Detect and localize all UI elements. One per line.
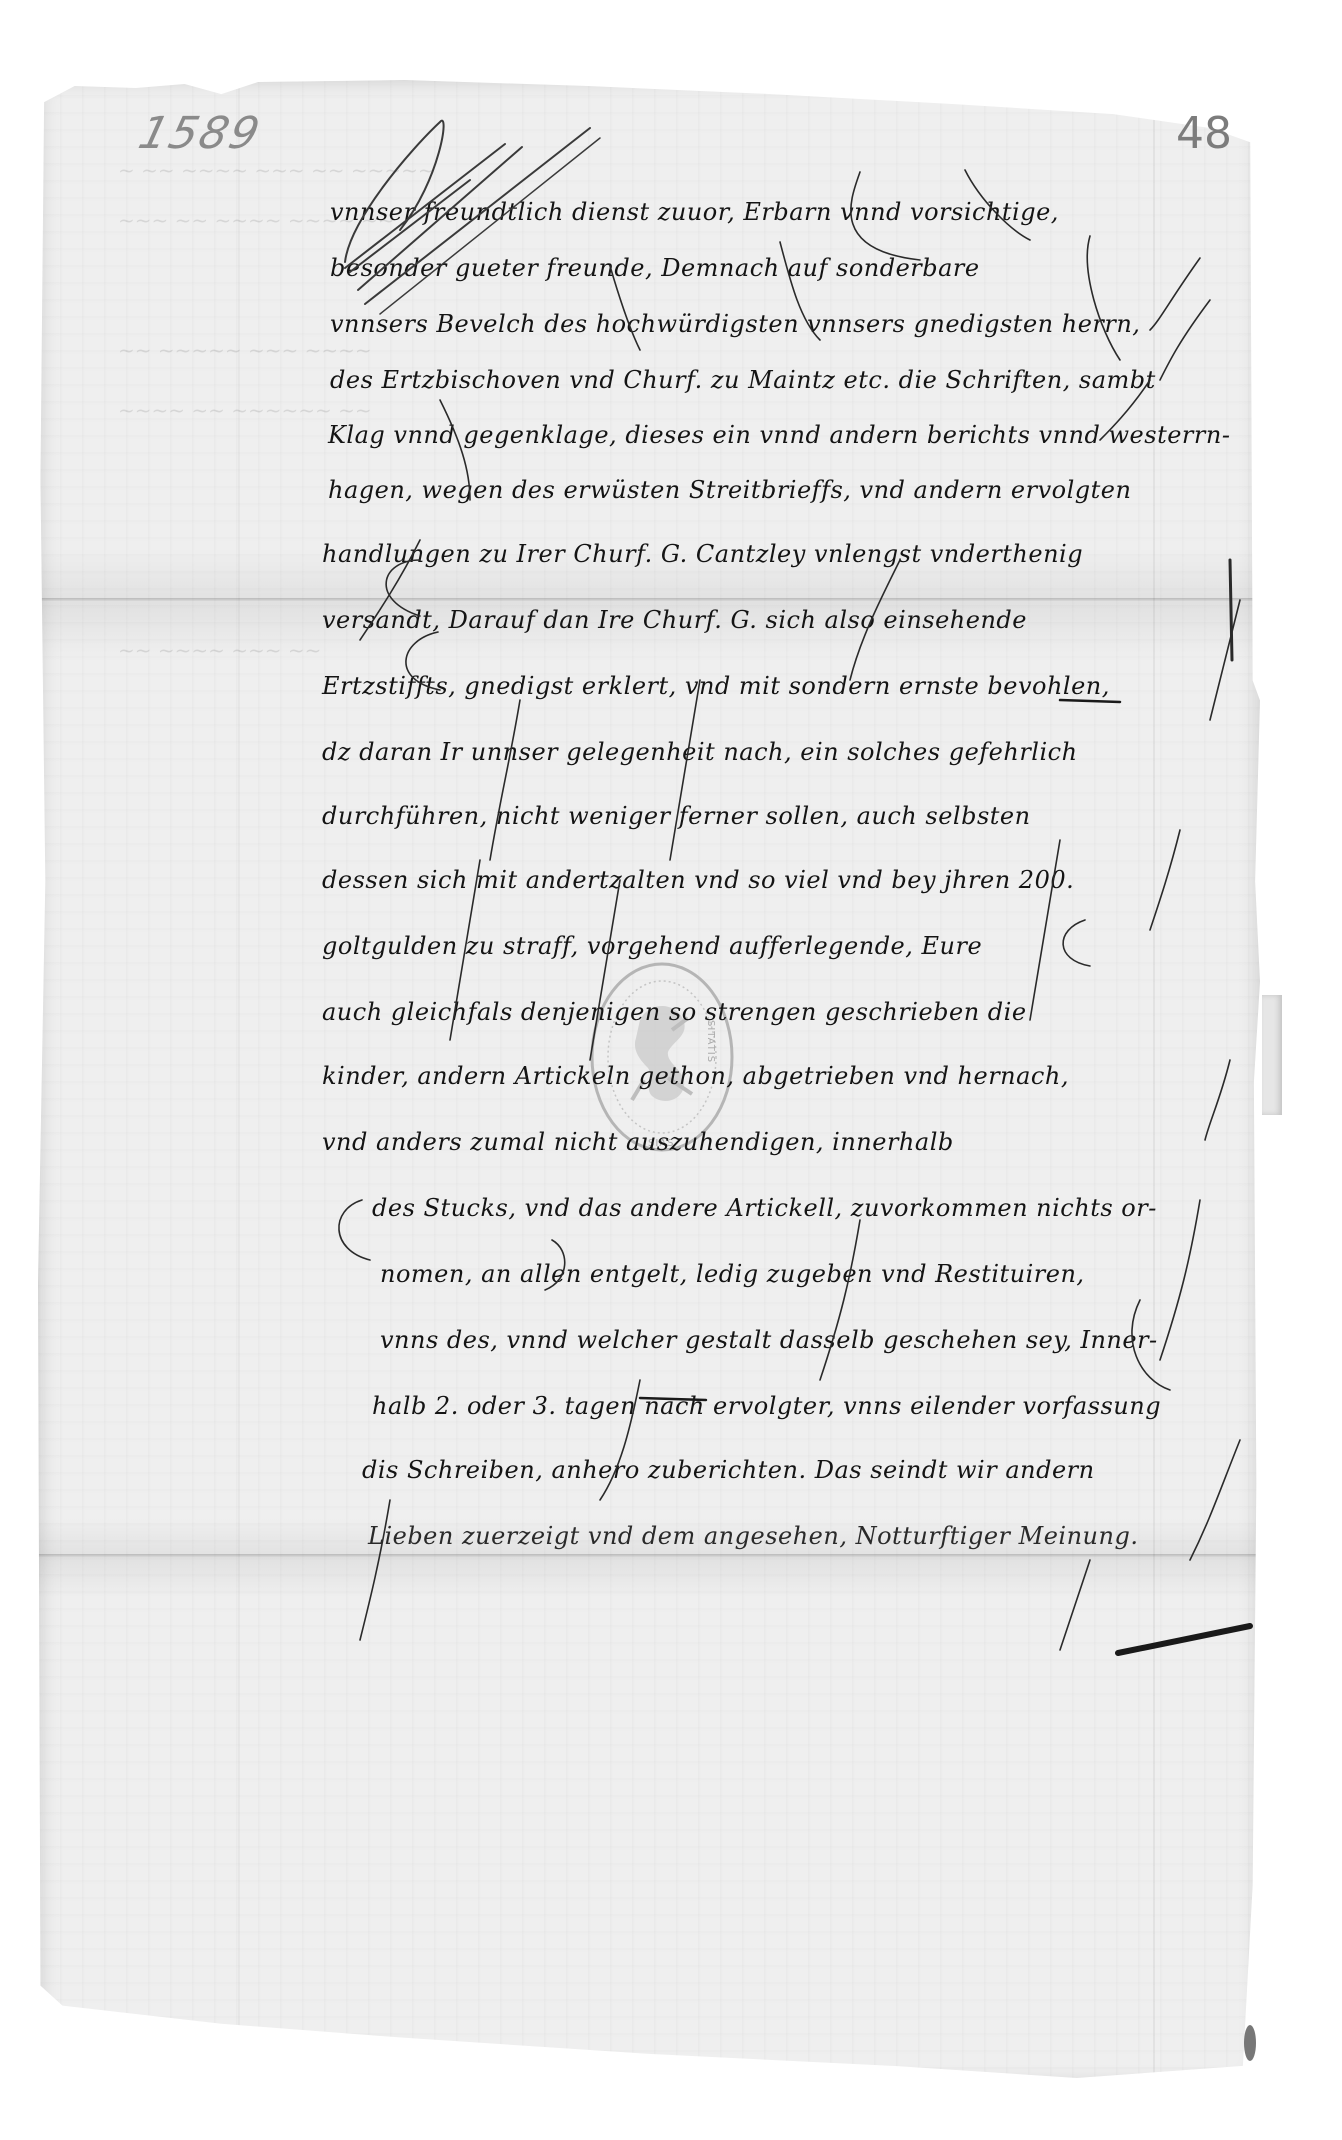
archive-stamp: SIAS SITATIS bbox=[588, 960, 736, 1155]
manuscript-line: dz daran Ir unnser gelegenheit nach, ein… bbox=[322, 738, 1078, 766]
manuscript-line: dis Schreiben, anhero zuberichten. Das s… bbox=[362, 1456, 1095, 1484]
manuscript-line: vnnser freundtlich dienst zuuor, Erbarn … bbox=[330, 198, 1059, 226]
manuscript-line: nomen, an allen entgelt, ledig zugeben v… bbox=[380, 1260, 1085, 1288]
manuscript-line: versandt, Darauf dan Ire Churf. G. sich … bbox=[322, 606, 1027, 634]
manuscript-line: auch gleichfals denjenigen so strengen g… bbox=[322, 998, 1027, 1026]
manuscript-line: vnns des, vnnd welcher gestalt dasselb g… bbox=[380, 1326, 1158, 1354]
year-annotation: 1589 bbox=[134, 108, 267, 159]
manuscript-line: dessen sich mit andertzalten vnd so viel… bbox=[322, 866, 1074, 894]
bleed-through-text: ~~ ~~~~ ~~~ ~~ bbox=[118, 638, 321, 662]
folio-number: 48 bbox=[1176, 108, 1232, 159]
manuscript-line: hagen, wegen des erwüsten Streitbrieffs,… bbox=[328, 476, 1131, 504]
stamp-text: SITATIS bbox=[705, 1020, 716, 1063]
manuscript-line: Klag vnnd gegenklage, dieses ein vnnd an… bbox=[328, 421, 1230, 449]
manuscript-line: vnd anders zumal nicht auszuhendigen, in… bbox=[322, 1128, 954, 1156]
manuscript-line: halb 2. oder 3. tagen nach ervolgter, vn… bbox=[372, 1392, 1161, 1420]
vertical-crease bbox=[238, 78, 240, 2086]
manuscript-line: vnnsers Bevelch des hochwürdigsten vnnse… bbox=[330, 310, 1140, 338]
manuscript-line: kinder, andern Artickeln gethon, abgetri… bbox=[322, 1062, 1069, 1090]
manuscript-line: goltgulden zu straff, vorgehend aufferle… bbox=[322, 932, 982, 960]
manuscript-line: Ertzstiffts, gnedigst erklert, vnd mit s… bbox=[322, 672, 1110, 700]
paper-tab bbox=[1262, 995, 1282, 1115]
manuscript-line: des Ertzbischoven vnd Churf. zu Maintz e… bbox=[330, 366, 1156, 394]
bleed-through-text: ~ ~~ ~~~~ ~~~ ~~ ~~~~~ bbox=[118, 158, 435, 182]
bleed-through-text: ~~~~ ~~ ~~~~~~ ~~ bbox=[118, 398, 372, 422]
manuscript-line: des Stucks, vnd das andere Artickell, zu… bbox=[372, 1194, 1157, 1222]
manuscript-line: durchführen, nicht weniger ferner sollen… bbox=[322, 802, 1031, 830]
manuscript-line: Lieben zuerzeigt vnd dem angesehen, Nott… bbox=[368, 1522, 1138, 1550]
manuscript-line: besonder gueter freunde, Demnach auf son… bbox=[330, 254, 980, 282]
bleed-through-text: ~~ ~~~~~ ~~~ ~~~~ bbox=[118, 338, 372, 362]
manuscript-line: handlungen zu Irer Churf. G. Cantzley vn… bbox=[322, 540, 1083, 568]
